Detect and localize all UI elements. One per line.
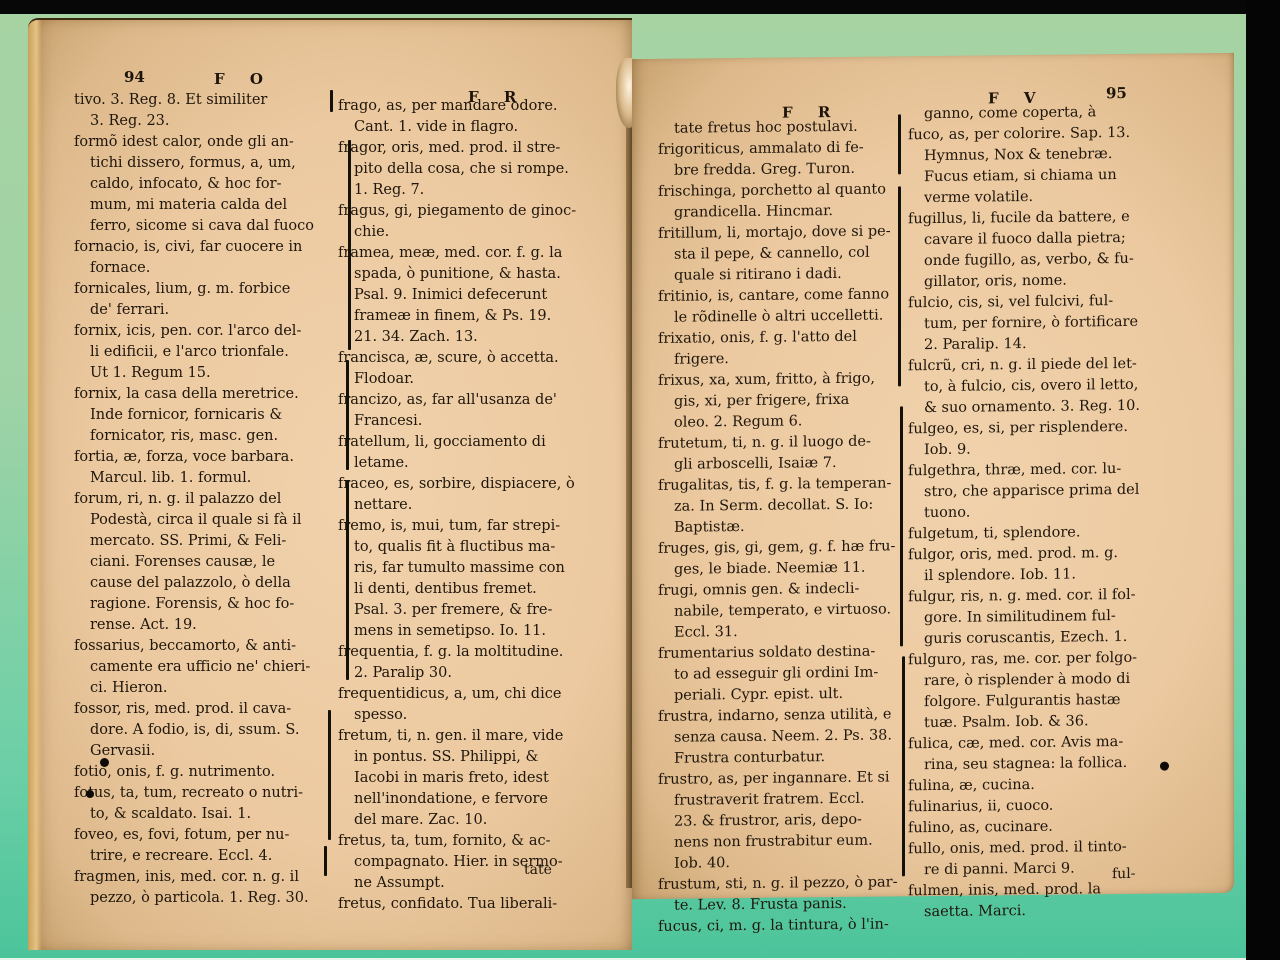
entry-headword-line: frixatio, onis, f. g. l'atto del xyxy=(658,326,920,350)
entry-continuation-line: camente era ufficio ne' chieri- xyxy=(74,657,350,678)
right-black-border xyxy=(1246,0,1280,960)
entry-continuation-line: ferro, sicome si cava dal fuoco xyxy=(74,216,350,237)
entry-continuation-line: le rõdinelle ò altri uccelletti. xyxy=(658,305,920,329)
entry-continuation-line: saetta. Marci. xyxy=(908,899,1188,923)
entry-headword-line: foveo, es, fovi, fotum, per nu- xyxy=(74,825,350,846)
entry-continuation-line: frameæ in finem, & Ps. 19. xyxy=(338,306,606,327)
entry-continuation-line: del mare. Zac. 10. xyxy=(338,810,606,831)
dictionary-column: frago, as, per mandare odore.Cant. 1. vi… xyxy=(338,96,606,915)
entry-headword-line: fulgeo, es, si, per risplendere. xyxy=(908,416,1188,440)
entry-continuation-line: 3. Reg. 23. xyxy=(74,111,350,132)
entry-continuation-line: Iob. 9. xyxy=(908,437,1188,461)
entry-headword-line: fulgur, ris, n. g. med. cor. il fol- xyxy=(908,584,1188,608)
column-rule xyxy=(898,114,901,174)
entry-continuation-line: Iob. 40. xyxy=(658,851,920,875)
column-rule xyxy=(330,90,333,112)
entry-continuation-line: chie. xyxy=(338,222,606,243)
entry-continuation-line: Marcul. lib. 1. formul. xyxy=(74,468,350,489)
entry-continuation-line: tum, per fornire, ò fortificare xyxy=(908,311,1188,335)
entry-continuation-line: in pontus. SS. Philippi, & xyxy=(338,747,606,768)
entry-headword-line: fretus, ta, tum, fornito, & ac- xyxy=(338,831,606,852)
entry-continuation-line: bre fredda. Greg. Turon. xyxy=(658,158,920,182)
entry-headword-line: frumentarius soldato destina- xyxy=(658,641,920,665)
entry-headword-line: formõ idest calor, onde gli an- xyxy=(74,132,350,153)
entry-continuation-line: ciani. Forenses causæ, le xyxy=(74,552,350,573)
entry-headword-line: fretus, confidato. Tua liberali- xyxy=(338,894,606,915)
entry-continuation-line: letame. xyxy=(338,453,606,474)
entry-continuation-line: ganno, come coperta, à xyxy=(908,101,1188,125)
left-page: 94 F O F R tivo. 3. Reg. 8. Et similiter… xyxy=(28,18,632,950)
entry-headword-line: fornicales, lium, g. m. forbice xyxy=(74,279,350,300)
entry-continuation-line: periali. Cypr. epist. ult. xyxy=(658,683,920,707)
entry-headword-line: fotus, ta, tum, recreato o nutri- xyxy=(74,783,350,804)
entry-headword-line: tivo. 3. Reg. 8. Et similiter xyxy=(74,90,350,111)
entry-continuation-line: 21. 34. Zach. 13. xyxy=(338,327,606,348)
entry-continuation-line: cavare il fuoco dalla pietra; xyxy=(908,227,1188,251)
entry-continuation-line: sta il pepe, & cannello, col xyxy=(658,242,920,266)
entry-continuation-line: Flodoar. xyxy=(338,369,606,390)
entry-headword-line: fritillum, li, mortajo, dove si pe- xyxy=(658,221,920,245)
entry-continuation-line: fornicator, ris, masc. gen. xyxy=(74,426,350,447)
entry-continuation-line: Podestà, circa il quale si fà il xyxy=(74,510,350,531)
entry-continuation-line: za. In Serm. decollat. S. Io: xyxy=(658,494,920,518)
entry-continuation-line: Cant. 1. vide in flagro. xyxy=(338,117,606,138)
entry-headword-line: fulina, æ, cucina. xyxy=(908,773,1188,797)
entry-headword-line: fraceo, es, sorbire, dispiacere, ò xyxy=(338,474,606,495)
entry-continuation-line: nabile, temperato, e virtuoso. xyxy=(658,599,920,623)
entry-continuation-line: to ad esseguir gli ordini Im- xyxy=(658,662,920,686)
entry-continuation-line: grandicella. Hincmar. xyxy=(658,200,920,224)
entry-continuation-line: Baptistæ. xyxy=(658,515,920,539)
entry-continuation-line: oleo. 2. Regum 6. xyxy=(658,410,920,434)
entry-continuation-line: Psal. 3. per fremere, & fre- xyxy=(338,600,606,621)
entry-headword-line: fulica, cæ, med. cor. Avis ma- xyxy=(908,731,1188,755)
entry-headword-line: frischinga, porchetto al quanto xyxy=(658,179,920,203)
entry-continuation-line: & suo ornamento. 3. Reg. 10. xyxy=(908,395,1188,419)
open-book: 94 F O F R tivo. 3. Reg. 8. Et similiter… xyxy=(28,18,1240,958)
column-rule xyxy=(346,360,349,470)
column-rule xyxy=(900,406,903,646)
entry-headword-line: fratellum, li, gocciamento di xyxy=(338,432,606,453)
entry-continuation-line: gli arboscelli, Isaiæ 7. xyxy=(658,452,920,476)
entry-continuation-line: 2. Paralip 30. xyxy=(338,663,606,684)
entry-headword-line: frago, as, per mandare odore. xyxy=(338,96,606,117)
entry-continuation-line: Iacobi in maris freto, idest xyxy=(338,768,606,789)
entry-continuation-line: Psal. 9. Inimici defecerunt xyxy=(338,285,606,306)
entry-continuation-line: Gervasii. xyxy=(74,741,350,762)
entry-headword-line: fragor, oris, med. prod. il stre- xyxy=(338,138,606,159)
entry-headword-line: fuco, as, per colorire. Sap. 13. xyxy=(908,122,1188,146)
entry-continuation-line: trire, e recreare. Eccl. 4. xyxy=(74,846,350,867)
entry-headword-line: fornix, icis, pen. cor. l'arco del- xyxy=(74,321,350,342)
entry-headword-line: frustro, as, per ingannare. Et si xyxy=(658,767,920,791)
entry-continuation-line: li edificii, e l'arco trionfale. xyxy=(74,342,350,363)
entry-headword-line: fulmen, inis, med. prod. la xyxy=(908,878,1188,902)
column-rule xyxy=(902,656,905,876)
entry-continuation-line: ges, le biade. Neemiæ 11. xyxy=(658,557,920,581)
entry-continuation-line: nettare. xyxy=(338,495,606,516)
entry-headword-line: frutetum, ti, n. g. il luogo de- xyxy=(658,431,920,455)
entry-headword-line: fulcio, cis, si, vel fulcivi, ful- xyxy=(908,290,1188,314)
entry-continuation-line: Francesi. xyxy=(338,411,606,432)
entry-continuation-line: nens non frustrabitur eum. xyxy=(658,830,920,854)
entry-headword-line: fucus, ci, m. g. la tintura, ò l'in- xyxy=(658,914,920,938)
entry-continuation-line: Fucus etiam, si chiama un xyxy=(908,164,1188,188)
ink-spot xyxy=(1160,762,1169,771)
catchword: ful- xyxy=(1112,866,1135,882)
entry-continuation-line: frustraverit fratrem. Eccl. xyxy=(658,788,920,812)
ink-spot xyxy=(100,758,109,767)
column-rule xyxy=(324,846,327,876)
entry-continuation-line: Ut 1. Regum 15. xyxy=(74,363,350,384)
entry-continuation-line: pito della cosa, che si rompe. xyxy=(338,159,606,180)
entry-continuation-line: stro, che apparisce prima del xyxy=(908,479,1188,503)
entry-continuation-line: folgore. Fulgurantis hastæ xyxy=(908,689,1188,713)
entry-continuation-line: spada, ò punitione, & hasta. xyxy=(338,264,606,285)
entry-continuation-line: Eccl. 31. xyxy=(658,620,920,644)
entry-continuation-line: to, & scaldato. Isai. 1. xyxy=(74,804,350,825)
entry-headword-line: frustum, sti, n. g. il pezzo, ò par- xyxy=(658,872,920,896)
entry-headword-line: fossor, ris, med. prod. il cava- xyxy=(74,699,350,720)
page-number: 94 xyxy=(124,68,145,86)
entry-continuation-line: pezzo, ò particola. 1. Reg. 30. xyxy=(74,888,350,909)
running-head: F O xyxy=(214,70,273,88)
entry-continuation-line: 1. Reg. 7. xyxy=(338,180,606,201)
entry-headword-line: fossarius, beccamorto, & anti- xyxy=(74,636,350,657)
entry-continuation-line: tichi dissero, formus, a, um, xyxy=(74,153,350,174)
entry-headword-line: framea, meæ, med. cor. f. g. la xyxy=(338,243,606,264)
top-black-border xyxy=(0,0,1280,14)
entry-headword-line: frixus, xa, xum, fritto, à frigo, xyxy=(658,368,920,392)
column-rule xyxy=(346,480,349,680)
entry-continuation-line: de' ferrari. xyxy=(74,300,350,321)
entry-continuation-line: ne Assumpt. xyxy=(338,873,606,894)
entry-headword-line: frustra, indarno, senza utilità, e xyxy=(658,704,920,728)
entry-continuation-line: il splendore. Iob. 11. xyxy=(908,563,1188,587)
entry-continuation-line: to, qualis fit à fluctibus ma- xyxy=(338,537,606,558)
entry-continuation-line: Hymnus, Nox & tenebræ. xyxy=(908,143,1188,167)
entry-continuation-line: gis, xi, per frigere, frixa xyxy=(658,389,920,413)
entry-headword-line: fornix, la casa della meretrice. xyxy=(74,384,350,405)
entry-headword-line: frugi, omnis gen. & indecli- xyxy=(658,578,920,602)
entry-continuation-line: quale si ritirano i dadi. xyxy=(658,263,920,287)
entry-continuation-line: mum, mi materia calda del xyxy=(74,195,350,216)
entry-continuation-line: li denti, dentibus fremet. xyxy=(338,579,606,600)
entry-headword-line: fulguro, ras, me. cor. per folgo- xyxy=(908,647,1188,671)
entry-headword-line: frigoriticus, ammalato di fe- xyxy=(658,137,920,161)
entry-headword-line: fragmen, inis, med. cor. n. g. il xyxy=(74,867,350,888)
entry-continuation-line: mercato. SS. Primi, & Feli- xyxy=(74,531,350,552)
dictionary-column: tivo. 3. Reg. 8. Et similiter3. Reg. 23.… xyxy=(74,90,350,909)
entry-headword-line: frugalitas, tis, f. g. la temperan- xyxy=(658,473,920,497)
entry-continuation-line: frigere. xyxy=(658,347,920,371)
entry-continuation-line: gillator, oris, nome. xyxy=(908,269,1188,293)
entry-continuation-line: fornace. xyxy=(74,258,350,279)
entry-headword-line: fretum, ti, n. gen. il mare, vide xyxy=(338,726,606,747)
entry-headword-line: frequentidicus, a, um, chi dice xyxy=(338,684,606,705)
entry-continuation-line: guris coruscantis, Ezech. 1. xyxy=(908,626,1188,650)
entry-headword-line: fritinio, is, cantare, come fanno xyxy=(658,284,920,308)
entry-continuation-line: tuono. xyxy=(908,500,1188,524)
entry-continuation-line: gore. In similitudinem ful- xyxy=(908,605,1188,629)
column-rule xyxy=(348,140,351,350)
page-number: 95 xyxy=(1106,84,1127,102)
entry-headword-line: fulgetum, ti, splendore. xyxy=(908,521,1188,545)
entry-continuation-line: caldo, infocato, & hoc for- xyxy=(74,174,350,195)
entry-headword-line: fulgor, oris, med. prod. m. g. xyxy=(908,542,1188,566)
entry-headword-line: fragus, gi, piegamento de ginoc- xyxy=(338,201,606,222)
entry-headword-line: fulino, as, cucinare. xyxy=(908,815,1188,839)
entry-continuation-line: verme volatile. xyxy=(908,185,1188,209)
entry-headword-line: fortia, æ, forza, voce barbara. xyxy=(74,447,350,468)
entry-headword-line: fulgethra, thræ, med. cor. lu- xyxy=(908,458,1188,482)
entry-continuation-line: 2. Paralip. 14. xyxy=(908,332,1188,356)
entry-continuation-line: ci. Hieron. xyxy=(74,678,350,699)
entry-continuation-line: nell'inondatione, e fervore xyxy=(338,789,606,810)
right-page: F R F V 95 tate fretus hoc postulavi.fri… xyxy=(632,53,1234,899)
entry-headword-line: frequentia, f. g. la moltitudine. xyxy=(338,642,606,663)
entry-headword-line: fulinarius, ii, cuoco. xyxy=(908,794,1188,818)
entry-continuation-line: senza causa. Neem. 2. Ps. 38. xyxy=(658,725,920,749)
dictionary-column: ganno, come coperta, àfuco, as, per colo… xyxy=(908,101,1188,923)
column-rule xyxy=(328,710,331,840)
entry-headword-line: fruges, gis, gi, gem, g. f. hæ fru- xyxy=(658,536,920,560)
entry-continuation-line: rense. Act. 19. xyxy=(74,615,350,636)
dictionary-column: tate fretus hoc postulavi.frigoriticus, … xyxy=(658,116,920,938)
entry-headword-line: forum, ri, n. g. il palazzo del xyxy=(74,489,350,510)
column-rule xyxy=(898,186,901,386)
entry-continuation-line: to, à fulcio, cis, overo il letto, xyxy=(908,374,1188,398)
entry-continuation-line: mens in semetipso. Io. 11. xyxy=(338,621,606,642)
entry-continuation-line: re di panni. Marci 9. xyxy=(908,857,1188,881)
entry-continuation-line: tuæ. Psalm. Iob. & 36. xyxy=(908,710,1188,734)
entry-headword-line: francizo, as, far all'usanza de' xyxy=(338,390,606,411)
entry-continuation-line: compagnato. Hier. in sermo- xyxy=(338,852,606,873)
entry-continuation-line: tate fretus hoc postulavi. xyxy=(658,116,920,140)
entry-continuation-line: 23. & frustror, aris, depo- xyxy=(658,809,920,833)
entry-continuation-line: dore. A fodio, is, di, ssum. S. xyxy=(74,720,350,741)
entry-continuation-line: ris, far tumulto massime con xyxy=(338,558,606,579)
entry-headword-line: fullo, onis, med. prod. il tinto- xyxy=(908,836,1188,860)
entry-continuation-line: ragione. Forensis, & hoc fo- xyxy=(74,594,350,615)
ink-spot xyxy=(86,790,94,798)
entry-headword-line: fugillus, li, fucile da battere, e xyxy=(908,206,1188,230)
entry-continuation-line: rare, ò risplender à modo di xyxy=(908,668,1188,692)
entry-headword-line: fornacio, is, civi, far cuocere in xyxy=(74,237,350,258)
entry-headword-line: fremo, is, mui, tum, far strepi- xyxy=(338,516,606,537)
entry-headword-line: francisca, æ, scure, ò accetta. xyxy=(338,348,606,369)
entry-continuation-line: cause del palazzolo, ò della xyxy=(74,573,350,594)
entry-continuation-line: te. Lev. 8. Frusta panis. xyxy=(658,893,920,917)
entry-headword-line: fulcrũ, cri, n. g. il piede del let- xyxy=(908,353,1188,377)
entry-continuation-line: spesso. xyxy=(338,705,606,726)
entry-continuation-line: rina, seu stagnea: la follica. xyxy=(908,752,1188,776)
catchword: tate xyxy=(524,862,552,878)
entry-continuation-line: Frustra conturbatur. xyxy=(658,746,920,770)
entry-continuation-line: onde fugillo, as, verbo, & fu- xyxy=(908,248,1188,272)
entry-continuation-line: Inde fornicor, fornicaris & xyxy=(74,405,350,426)
entry-headword-line: fotio, onis, f. g. nutrimento. xyxy=(74,762,350,783)
